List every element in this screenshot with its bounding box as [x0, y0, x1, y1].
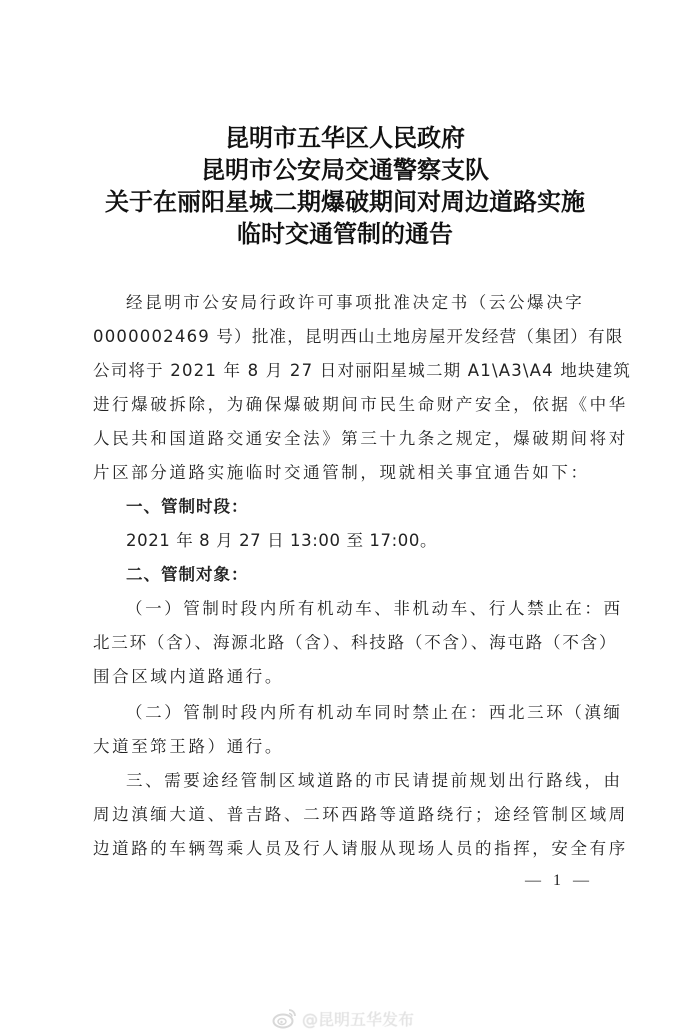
title-line-subject-2: 临时交通管制的通告	[0, 218, 690, 250]
body-line: （一）管制时段内所有机动车、非机动车、行人禁止在：西	[126, 594, 623, 624]
title-line-subject-1: 关于在丽阳星城二期爆破期间对周边道路实施	[0, 186, 690, 218]
body-line: （二）管制时段内所有机动车同时禁止在：西北三环（滇缅	[126, 698, 623, 728]
page-number: — 1 —	[525, 872, 593, 890]
body-line: 片区部分道路实施临时交通管制，现就相关事宜通告如下：	[93, 458, 590, 488]
document-title: 昆明市五华区人民政府 昆明市公安局交通警察支队 关于在丽阳星城二期爆破期间对周边…	[0, 122, 690, 250]
control-period-value: 2021 年 8 月 27 日 13:00 至 17:00。	[126, 526, 437, 556]
weibo-icon	[272, 1007, 298, 1029]
body-line: 人民共和国道路交通安全法》第三十九条之规定，爆破期间将对	[93, 424, 628, 454]
body-line: 公司将于 2021 年 8 月 27 日对丽阳星城二期 A1\A3\A4 地块建…	[93, 356, 631, 386]
body-line: 进行爆破拆除，为确保爆破期间市民生命财产安全，依据《中华	[93, 390, 628, 420]
body-line: 大道至筇王路）通行。	[93, 732, 284, 762]
weibo-watermark: @昆明五华发布	[272, 1005, 414, 1031]
body-line: 北三环（含）、海源北路（含）、科技路（不含）、海屯路（不含）	[93, 628, 617, 658]
body-line: 边道路的车辆驾乘人员及行人请服从现场人员的指挥，安全有序	[93, 834, 628, 864]
title-line-issuer-1: 昆明市五华区人民政府	[0, 122, 690, 154]
body-line: 围合区域内道路通行。	[93, 662, 284, 692]
section-heading-control-period: 一、管制时段：	[126, 492, 249, 522]
section-three-line: 三、需要途经管制区域道路的市民请提前规划出行路线，由	[126, 766, 623, 796]
body-line: 0000002469 号）批准，昆明西山土地房屋开发经营（集团）有限	[93, 322, 624, 352]
body-line: 经昆明市公安局行政许可事项批准决定书（云公爆决字	[126, 288, 584, 318]
title-line-issuer-2: 昆明市公安局交通警察支队	[0, 154, 690, 186]
section-heading-control-targets: 二、管制对象：	[126, 560, 249, 590]
watermark-text: @昆明五华发布	[302, 1007, 414, 1030]
document-page: 昆明市五华区人民政府 昆明市公安局交通警察支队 关于在丽阳星城二期爆破期间对周边…	[0, 0, 690, 1035]
body-line: 周边滇缅大道、普吉路、二环西路等道路绕行；途经管制区域周	[93, 800, 628, 830]
